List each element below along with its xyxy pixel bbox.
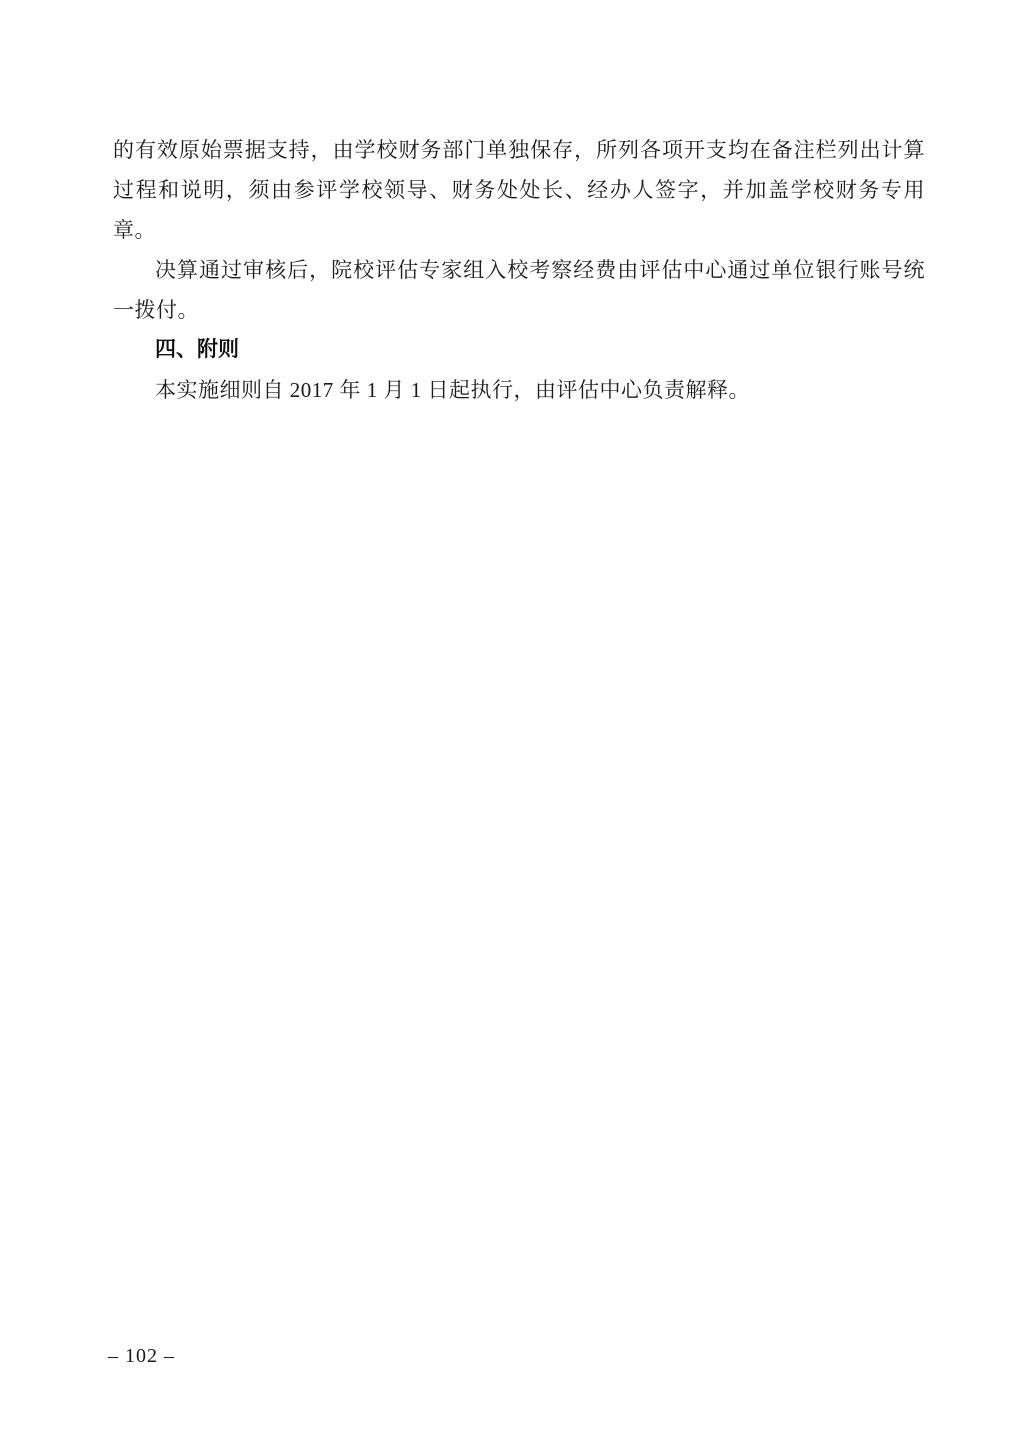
document-body: 的有效原始票据支持，由学校财务部门单独保存，所列各项开支均在备注栏列出计算过程和…: [113, 130, 925, 410]
paragraph: 决算通过审核后，院校评估专家组入校考察经费由评估中心通过单位银行账号统一拨付。: [113, 250, 925, 330]
section-heading: 四、附则: [113, 330, 925, 370]
document-page: 的有效原始票据支持，由学校财务部门单独保存，所列各项开支均在备注栏列出计算过程和…: [0, 0, 1024, 1448]
page-number: – 102 –: [108, 1345, 175, 1368]
paragraph-continuation: 的有效原始票据支持，由学校财务部门单独保存，所列各项开支均在备注栏列出计算过程和…: [113, 130, 925, 250]
paragraph: 本实施细则自 2017 年 1 月 1 日起执行，由评估中心负责解释。: [113, 370, 925, 410]
